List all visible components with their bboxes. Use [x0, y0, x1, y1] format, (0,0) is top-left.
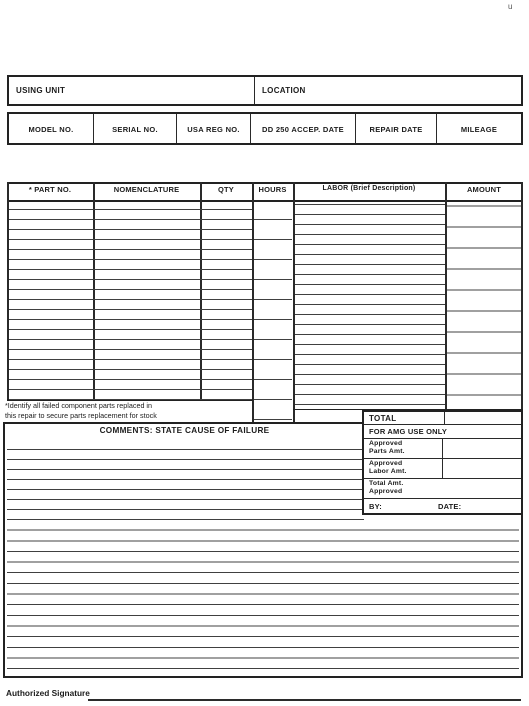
usa-reg-no-label: USA REG NO. [187, 125, 240, 134]
amg-use-only-header-row: FOR AMG USE ONLY [364, 425, 521, 439]
approved-parts-amount-cell[interactable] [443, 439, 521, 458]
scan-corner-mark: u [508, 2, 512, 11]
location-label: LOCATION [262, 86, 306, 95]
mileage-label: MILEAGE [461, 125, 497, 134]
total-amount-cell[interactable] [445, 412, 521, 424]
amg-use-only-header: FOR AMG USE ONLY [369, 427, 447, 438]
model-no-label: MODEL NO. [28, 125, 73, 134]
model-no-field[interactable]: MODEL NO. [9, 114, 94, 143]
amount-rows-area[interactable] [447, 200, 522, 409]
mileage-field[interactable]: MILEAGE [437, 114, 521, 143]
serial-no-label: SERIAL NO. [112, 125, 158, 134]
usa-reg-no-field[interactable]: USA REG NO. [177, 114, 251, 143]
table-footnote-line2: this repair to secure parts replacement … [5, 411, 255, 421]
using-unit-field[interactable]: USING UNIT [9, 77, 255, 104]
amg-totals-box: TOTAL FOR AMG USE ONLY Approved Parts Am… [362, 410, 523, 515]
parts-labor-table: * PART NO. NOMENCLATURE QTY HOURS LABOR … [7, 182, 523, 422]
repair-date-label: REPAIR DATE [369, 125, 422, 134]
page-ruled-lines[interactable] [7, 520, 519, 678]
part-no-column-header: * PART NO. [7, 185, 93, 194]
total-label: TOTAL [364, 412, 445, 424]
table-footnote: *Identify all failed component parts rep… [5, 401, 255, 421]
hours-column-header: HOURS [252, 185, 293, 194]
qty-column-header: QTY [200, 185, 252, 194]
comments-header: COMMENTS: STATE CAUSE OF FAILURE [5, 426, 364, 435]
unit-location-row: USING UNIT LOCATION [7, 75, 523, 106]
labor-rows-area[interactable] [295, 200, 445, 410]
comments-ruled-lines[interactable] [7, 440, 364, 522]
total-row: TOTAL [364, 412, 521, 425]
approved-labor-label: Approved Labor Amt. [364, 459, 443, 478]
identification-row: MODEL NO. SERIAL NO. USA REG NO. DD 250 … [7, 112, 523, 145]
dd250-accep-date-field[interactable]: DD 250 ACCEP. DATE [251, 114, 356, 143]
by-label: BY: [369, 502, 382, 513]
labor-column-header: LABOR (Brief Description) [293, 185, 445, 192]
date-label: DATE: [438, 502, 461, 513]
using-unit-label: USING UNIT [16, 86, 65, 95]
approved-labor-amount-cell[interactable] [443, 459, 521, 478]
hours-rows-area[interactable] [254, 200, 293, 422]
amount-column-header: AMOUNT [445, 185, 523, 194]
by-date-row[interactable]: BY: DATE: [364, 499, 521, 513]
repair-date-field[interactable]: REPAIR DATE [356, 114, 437, 143]
total-amt-approved-label: Total Amt. Approved [364, 479, 403, 498]
authorized-signature-line[interactable] [88, 699, 521, 701]
repair-form-page: u USING UNIT LOCATION MODEL NO. SERIAL N… [0, 0, 529, 706]
total-amt-approved-row[interactable]: Total Amt. Approved [364, 479, 521, 499]
dd250-accep-date-label: DD 250 ACCEP. DATE [262, 125, 344, 134]
table-right-border [521, 182, 523, 410]
location-field[interactable]: LOCATION [255, 77, 521, 104]
parts-rows-area[interactable] [9, 200, 252, 400]
approved-parts-row: Approved Parts Amt. [364, 439, 521, 459]
approved-labor-row: Approved Labor Amt. [364, 459, 521, 479]
approved-parts-label: Approved Parts Amt. [364, 439, 443, 458]
table-footnote-line1: *Identify all failed component parts rep… [5, 401, 255, 411]
nomenclature-column-header: NOMENCLATURE [93, 185, 200, 194]
authorized-signature-label: Authorized Signature [6, 688, 90, 698]
serial-no-field[interactable]: SERIAL NO. [94, 114, 177, 143]
